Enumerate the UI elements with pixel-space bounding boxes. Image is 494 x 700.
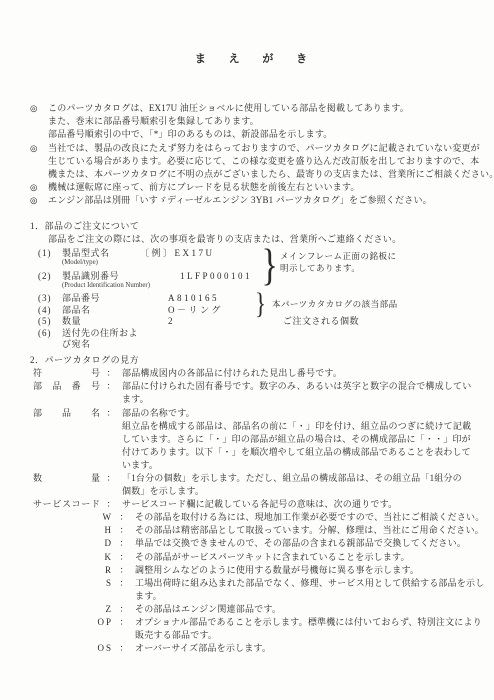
definition-row: 符 号 ： 部品構成図内の各部品に付けられた見出し番号です。 xyxy=(33,367,482,380)
service-code: OP xyxy=(33,616,113,642)
service-code: K xyxy=(33,551,113,564)
service-code-row: D ： 単品では交換できませんので、その部品の含まれる親部品で交換してください。 xyxy=(33,537,482,550)
brace-note-model-line: 明示してあります。 xyxy=(280,262,397,274)
service-code-row: OS ： オーバーサイズ部品を示します。 xyxy=(33,642,482,655)
definition-colon: ： xyxy=(113,511,135,524)
definition-colon: ： xyxy=(100,380,122,406)
service-code-row: R ： 調整用シムなどのように使用する数量が号機毎に異る事を示します。 xyxy=(33,564,482,577)
row-number: (1) xyxy=(38,247,62,259)
brace-note-model: メインフレーム正面の銘板に 明示してあります。 xyxy=(280,250,397,274)
definition-line: 部品に付けられた固有番号です。数字のみ、あるいは英字と数字の混合で構成してい xyxy=(122,380,482,393)
document-page: ま え が き ◎ このパーツカタログは、EX17U 油圧ショベルに使用している… xyxy=(0,0,494,700)
service-code-row: S ： 工場出荷時に組み込まれた部品でなく、修理、サービス用として供給する部品を… xyxy=(33,577,482,603)
definition-line: 部品の名称です。 xyxy=(122,407,482,420)
row-number: (6) xyxy=(38,328,62,351)
row-label: 製品識別番号 xyxy=(62,270,140,282)
definition-row: 部 品 番 号 ： 部品に付けられた固有番号です。数字のみ、あるいは英字と数字の… xyxy=(33,380,482,406)
service-code: R xyxy=(33,564,113,577)
intro-bullet: ◎ 当社では、製品の改良にたえず努力をはらっておりますので、パーツカタログに記載… xyxy=(30,142,482,182)
definition-colon: ： xyxy=(100,472,122,498)
service-code-line: その部品がサービスパーツキットに含まれていることを示します。 xyxy=(135,551,482,564)
definition-colon: ： xyxy=(113,603,135,616)
definition-row: 部 品 名 ： 部品の名称です。 組立品を構成する部品は、部品名の前に「・」印を… xyxy=(33,407,482,472)
intro-bullets: ◎ このパーツカタログは、EX17U 油圧ショベルに使用している部品を掲載してあ… xyxy=(30,102,482,208)
bullet-marker-icon: ◎ xyxy=(30,194,48,207)
service-code-row: Z ： その部品はエンジン関連部品です。 xyxy=(33,603,482,616)
order-row: (2) 製品識別番号 1LFP000101 xyxy=(30,270,482,282)
definition-line: 部品構成図内の各部品に付けられた見出し番号です。 xyxy=(122,367,482,380)
definition-colon: ： xyxy=(113,537,135,550)
definition-term: 部 品 名 xyxy=(33,407,100,472)
service-code: OS xyxy=(33,642,113,655)
service-code-line: オーバーサイズ部品を示します。 xyxy=(135,642,482,655)
definitions-list: 符 号 ： 部品構成図内の各部品に付けられた見出し番号です。 部 品 番 号 ：… xyxy=(30,367,482,655)
service-code-line: その部品は精密部品として取扱っています。分解、修理は、当社にご用命ください。 xyxy=(135,524,484,537)
definition-term: 部 品 番 号 xyxy=(33,380,100,406)
brace-note-parts: 本パーツカタカログの該当部品 xyxy=(272,298,398,310)
bullet-line: また、巻末に部品番号順索引を集録してあります。 xyxy=(48,115,482,128)
order-row: (6) 送付先の住所および宛名 xyxy=(30,328,482,351)
row-label: 製品型式名 xyxy=(62,247,140,259)
definition-colon: ： xyxy=(100,498,122,511)
definition-colon: ： xyxy=(113,564,135,577)
service-code-row: H ： その部品は精密部品として取扱っています。分解、修理は、当社にご用命くださ… xyxy=(33,524,482,537)
intro-bullet: ◎ 機械は運転席に座って、前方にブレードを見る状態を前後左右といいます。 xyxy=(30,181,482,194)
service-code-line: オプショナル部品であることを示します。標準機には付いておらず、特別注文により xyxy=(135,616,482,629)
definition-line: 「1台分の個数」を示します。ただし、組立品の構成部品は、その組立品「1組分の xyxy=(122,472,482,485)
definition-colon: ： xyxy=(113,642,135,655)
row-label: 部品名 xyxy=(62,305,140,317)
definition-colon: ： xyxy=(100,407,122,472)
row-number: (3) xyxy=(38,293,62,305)
row-note: ご注文される個数 xyxy=(283,316,359,328)
definition-line: しています。さらに「・」印の部品が組立品の場合は、その構成部品に「・・」印が xyxy=(122,433,482,446)
service-code: H xyxy=(33,524,113,537)
bullet-marker-icon: ◎ xyxy=(30,181,48,194)
definition-term: 符 号 xyxy=(33,367,100,380)
bullet-line: 当社では、製品の改良にたえず努力をはらっておりますので、パーツカタログに記載され… xyxy=(48,142,494,155)
section-2: 2．パーツカタログの見方 符 号 ： 部品構成図内の各部品に付けられた見出し番号… xyxy=(30,354,482,655)
row-number: (5) xyxy=(38,316,62,328)
service-code-row: OP ： オプショナル部品であることを示します。標準機には付いておらず、特別注文… xyxy=(33,616,482,642)
row-label: 送付先の住所および宛名 xyxy=(62,328,140,351)
service-code: S xyxy=(33,577,113,603)
definition-line: サービスコード欄に記載している各記号の意味は、次の通りです。 xyxy=(122,498,482,511)
intro-bullet: ◎ エンジン部品は別冊「いすゞディーゼルエンジン 3YB1 パーツカタログ」をご… xyxy=(30,194,482,207)
bullet-line: エンジン部品は別冊「いすゞディーゼルエンジン 3YB1 パーツカタログ」をご参照… xyxy=(48,194,482,207)
row-number: (4) xyxy=(38,305,62,317)
row-number: (2) xyxy=(38,270,62,282)
service-code-line: 単品では交換できませんので、その部品の含まれる親部品で交換してください。 xyxy=(135,537,482,550)
row-label: 部品番号 xyxy=(62,293,140,305)
bullet-line: 機または、本パーツカタログに不明の点がございましたら、最寄りの支店または、営業所… xyxy=(48,168,494,181)
brace-catalog-parts-icon: } xyxy=(255,289,266,319)
bullet-line: 機械は運転席に座って、前方にブレードを見る状態を前後左右といいます。 xyxy=(48,181,482,194)
definition-colon: ： xyxy=(113,616,135,642)
service-code-line: 販売する部品です。 xyxy=(135,629,482,642)
service-code-row: W ： その部品を取付ける為には、現地加工作業が必要ですので、当社にご相談くださ… xyxy=(33,511,482,524)
service-code-line: 工場出荷時に組み込まれた部品でなく、修理、サービス用として供給する部品を示し xyxy=(135,577,484,590)
definition-row: サービスコード ： サービスコード欄に記載している各記号の意味は、次の通りです。 xyxy=(33,498,482,511)
page-title: ま え が き xyxy=(30,50,482,66)
definition-row: 数 量 ： 「1台分の個数」を示します。ただし、組立品の構成部品は、その組立品「… xyxy=(33,472,482,498)
service-code-line: ます。 xyxy=(135,590,484,603)
bullet-line: 生じている場合があります。必要に応じて、この様な変更を盛り込んだ改訂版を出してお… xyxy=(48,155,494,168)
definition-colon: ： xyxy=(113,577,135,603)
definition-colon: ： xyxy=(113,551,135,564)
row-label: 数量 xyxy=(62,316,140,328)
service-code: W xyxy=(33,511,113,524)
service-code: D xyxy=(33,537,113,550)
service-code-row: K ： その部品がサービスパーツキットに含まれていることを示します。 xyxy=(33,551,482,564)
intro-bullet: ◎ このパーツカタログは、EX17U 油圧ショベルに使用している部品を掲載してあ… xyxy=(30,102,482,142)
definition-colon: ： xyxy=(113,524,135,537)
brace-model-pin-icon: } xyxy=(261,243,277,287)
bullet-marker-icon: ◎ xyxy=(30,102,48,142)
section-2-heading: 2．パーツカタログの見方 xyxy=(30,354,482,367)
definition-colon: ： xyxy=(100,367,122,380)
brace-note-model-line: メインフレーム正面の銘板に xyxy=(280,250,397,262)
bullet-marker-icon: ◎ xyxy=(30,142,48,182)
service-code-line: 調整用シムなどのように使用する数量が号機毎に異る事を示します。 xyxy=(135,564,482,577)
bullet-line: このパーツカタログは、EX17U 油圧ショベルに使用している部品を掲載してありま… xyxy=(48,102,482,115)
definition-line: ます。 xyxy=(122,393,482,406)
service-code-line: その部品はエンジン関連部品です。 xyxy=(135,603,482,616)
definition-line: 個数」を示します。 xyxy=(122,485,482,498)
section-1-heading: 1．部品のご注文について xyxy=(30,220,482,233)
bullet-line: 部品番号順索引の中で、「*」印のあるものは、新設部品を示します。 xyxy=(48,128,482,141)
section-1-lead: 部品をご注文の際には、次の事項を最寄りの支店または、営業所へご連絡ください。 xyxy=(30,233,482,246)
definition-term: 数 量 xyxy=(33,472,100,498)
definition-term: サービスコード xyxy=(33,498,100,511)
service-code-line: その部品を取付ける為には、現地加工作業が必要ですので、当社にご相談ください。 xyxy=(135,511,484,524)
definition-line: 付けてあります。以下「・」を順次増やして組立品の構成部品であることを表わして xyxy=(122,446,482,459)
service-code: Z xyxy=(33,603,113,616)
order-row: (1) 製品型式名 〔例〕EX17U xyxy=(30,247,482,259)
definition-line: 組立品を構成する部品は、部品名の前に「・」印を付け、組立品のつぎに続けて記載 xyxy=(122,420,482,433)
definition-line: います。 xyxy=(122,459,482,472)
order-info-list: (1) 製品型式名 〔例〕EX17U (Model/type) (2) 製品識別… xyxy=(30,247,482,342)
